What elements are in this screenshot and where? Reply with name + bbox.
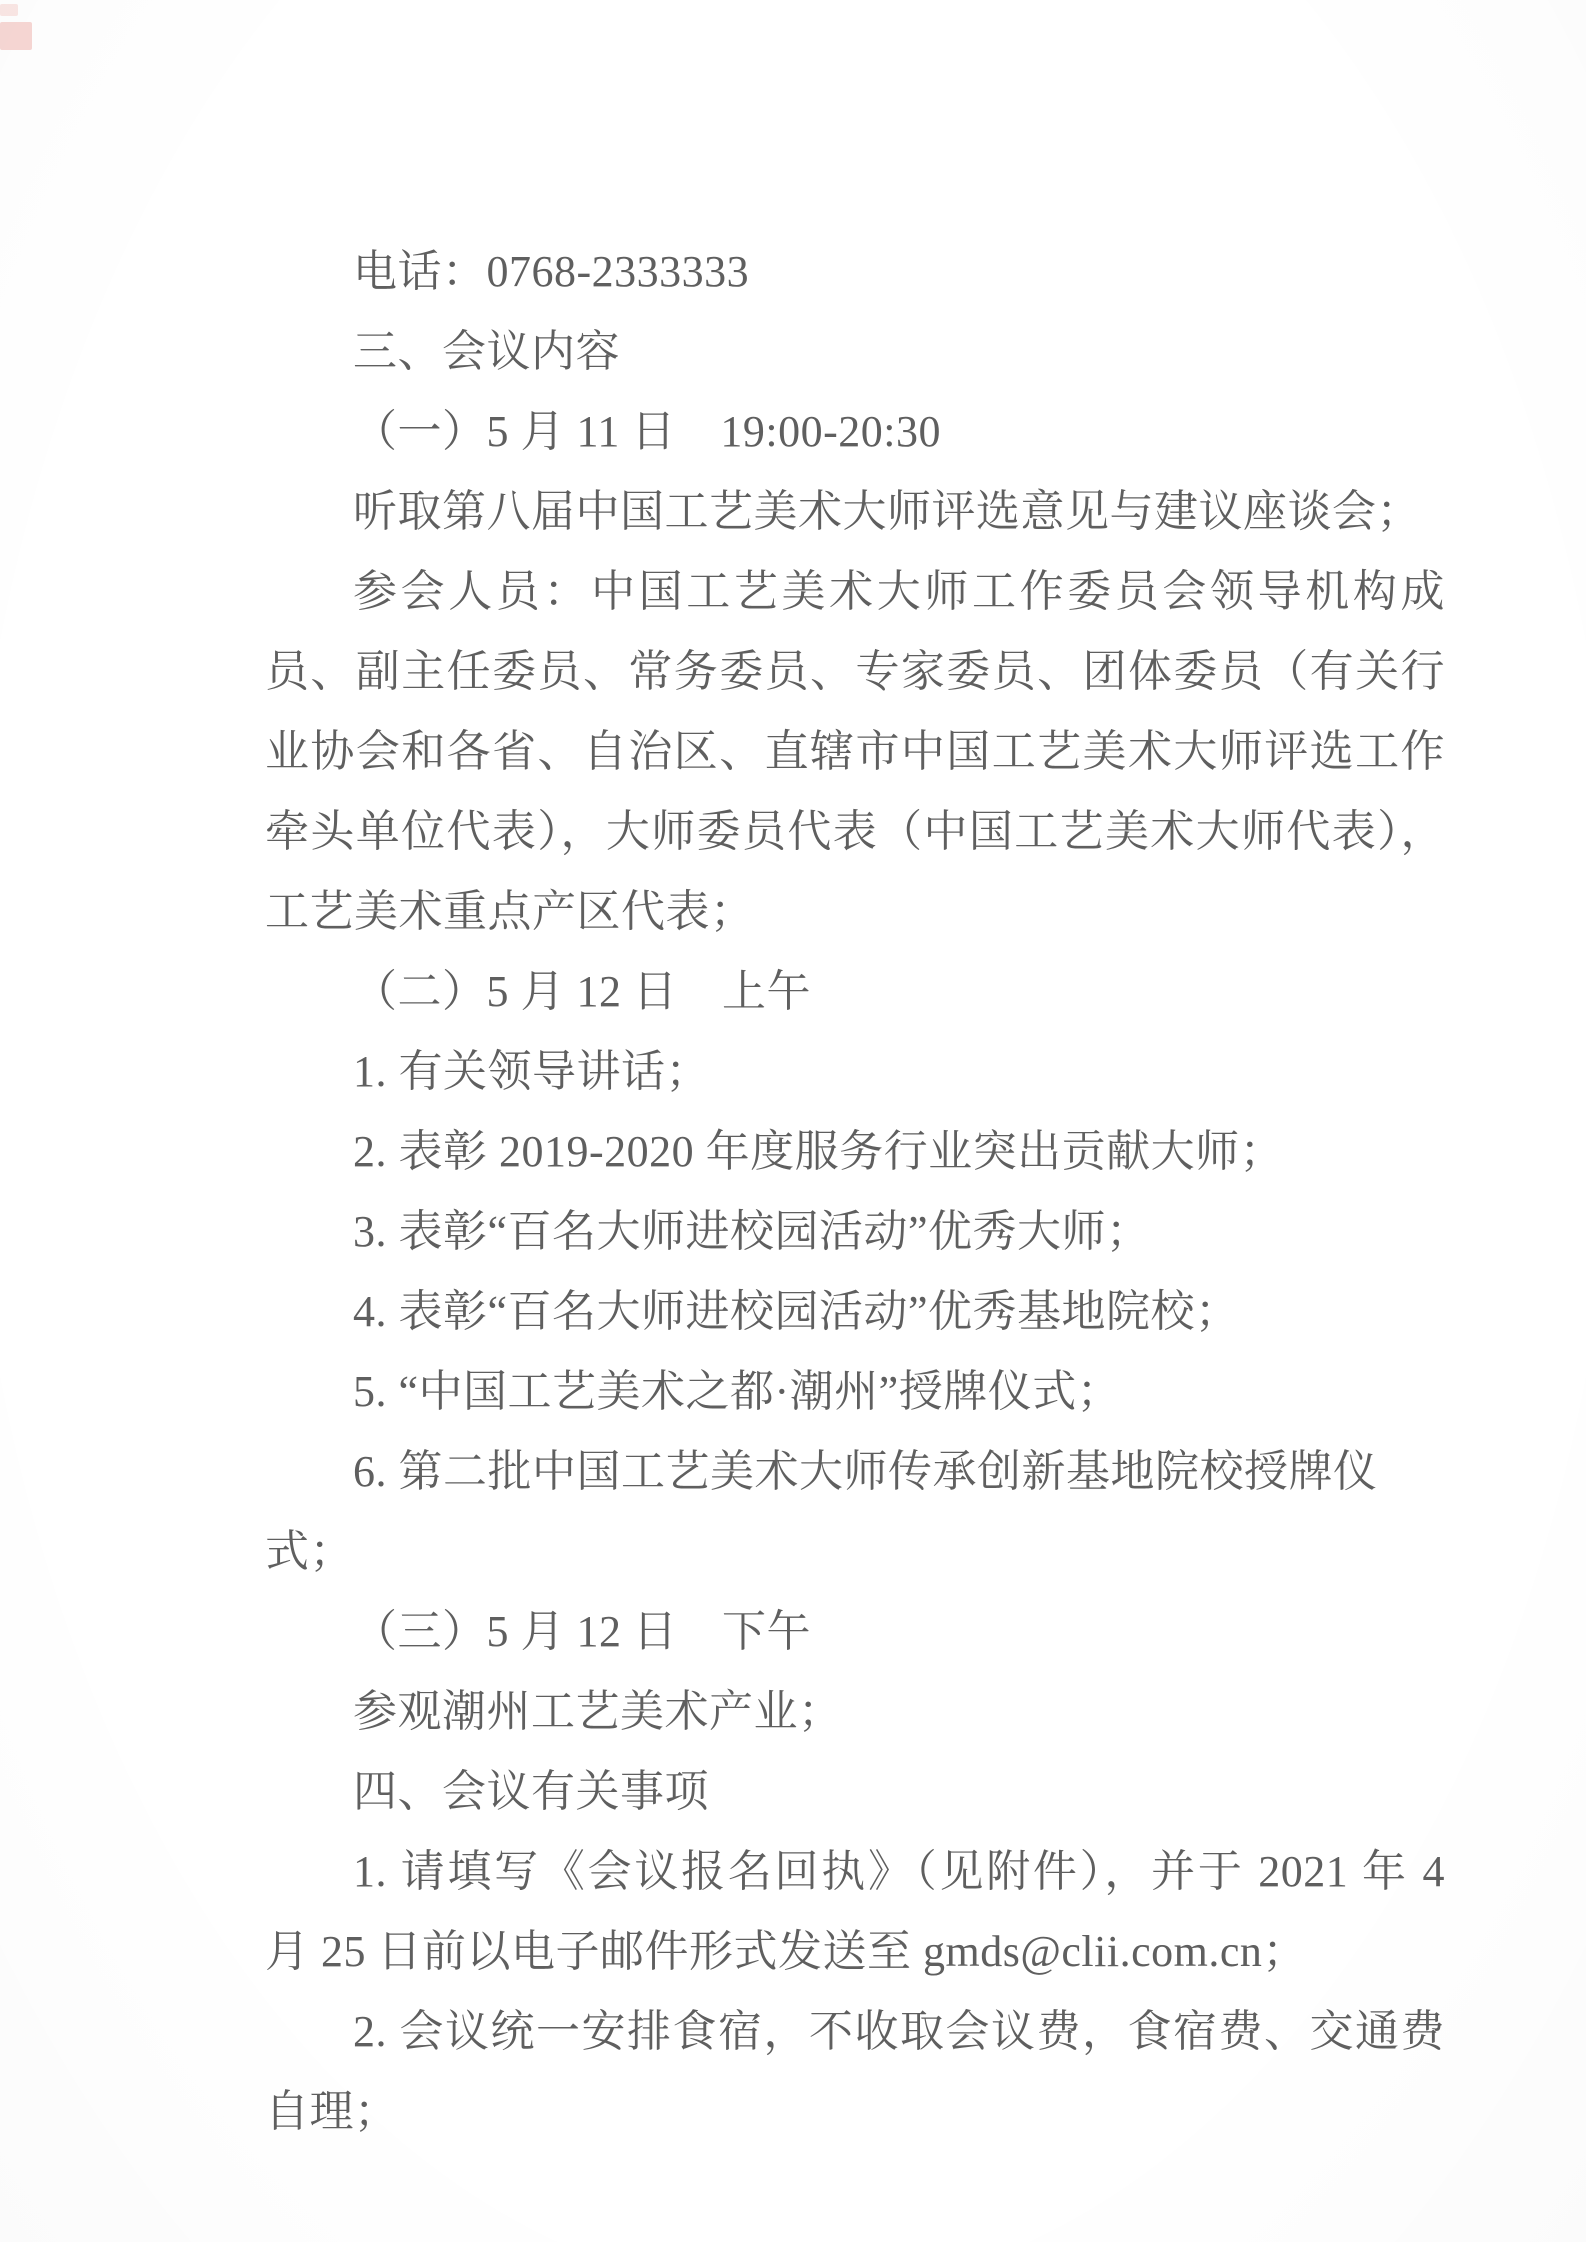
document-line: 月 25 日前以电子邮件形式发送至 gmds@clii.com.cn； <box>265 1912 1445 1992</box>
document-line: 四、会议有关事项 <box>265 1752 1445 1832</box>
document-line: （二）5 月 12 日 上午 <box>265 952 1445 1032</box>
document-line: 2. 表彰 2019-2020 年度服务行业突出贡献大师； <box>265 1112 1445 1192</box>
document-line: 4. 表彰“百名大师进校园活动”优秀基地院校； <box>265 1272 1445 1352</box>
document-line: 员、副主任委员、常务委员、专家委员、团体委员（有关行 <box>265 632 1445 712</box>
document-line: 听取第八届中国工艺美术大师评选意见与建议座谈会； <box>265 472 1445 552</box>
document-line: 3. 表彰“百名大师进校园活动”优秀大师； <box>265 1192 1445 1272</box>
document-line: 6. 第二批中国工艺美术大师传承创新基地院校授牌仪式； <box>265 1432 1445 1592</box>
document-line: 2. 会议统一安排食宿，不收取会议费，食宿费、交通费 <box>265 1992 1445 2072</box>
document-line: 参观潮州工艺美术产业； <box>265 1672 1445 1752</box>
document-line: 参会人员：中国工艺美术大师工作委员会领导机构成 <box>265 552 1445 632</box>
document-line: 牵头单位代表），大师委员代表（中国工艺美术大师代表）， <box>265 792 1445 872</box>
document-line: 1. 请填写《会议报名回执》（见附件），并于 2021 年 4 <box>265 1832 1445 1912</box>
document-line: 1. 有关领导讲话； <box>265 1032 1445 1112</box>
red-scan-artifact <box>0 4 18 16</box>
document-line: （一）5 月 11 日 19:00-20:30 <box>265 392 1445 472</box>
scanned-page: 电话：0768-2333333三、会议内容（一）5 月 11 日 19:00-2… <box>0 0 1586 2242</box>
document-line: 三、会议内容 <box>265 312 1445 392</box>
document-line: 工艺美术重点产区代表； <box>265 872 1445 952</box>
red-scan-artifact <box>0 22 32 50</box>
document-line: 电话：0768-2333333 <box>265 232 1445 312</box>
document-line: （三）5 月 12 日 下午 <box>265 1592 1445 1672</box>
document-line: 业协会和各省、自治区、直辖市中国工艺美术大师评选工作 <box>265 712 1445 792</box>
document-line: 自理； <box>265 2072 1445 2152</box>
document-line: 5. “中国工艺美术之都·潮州”授牌仪式； <box>265 1352 1445 1432</box>
document-text-block: 电话：0768-2333333三、会议内容（一）5 月 11 日 19:00-2… <box>265 232 1445 2152</box>
